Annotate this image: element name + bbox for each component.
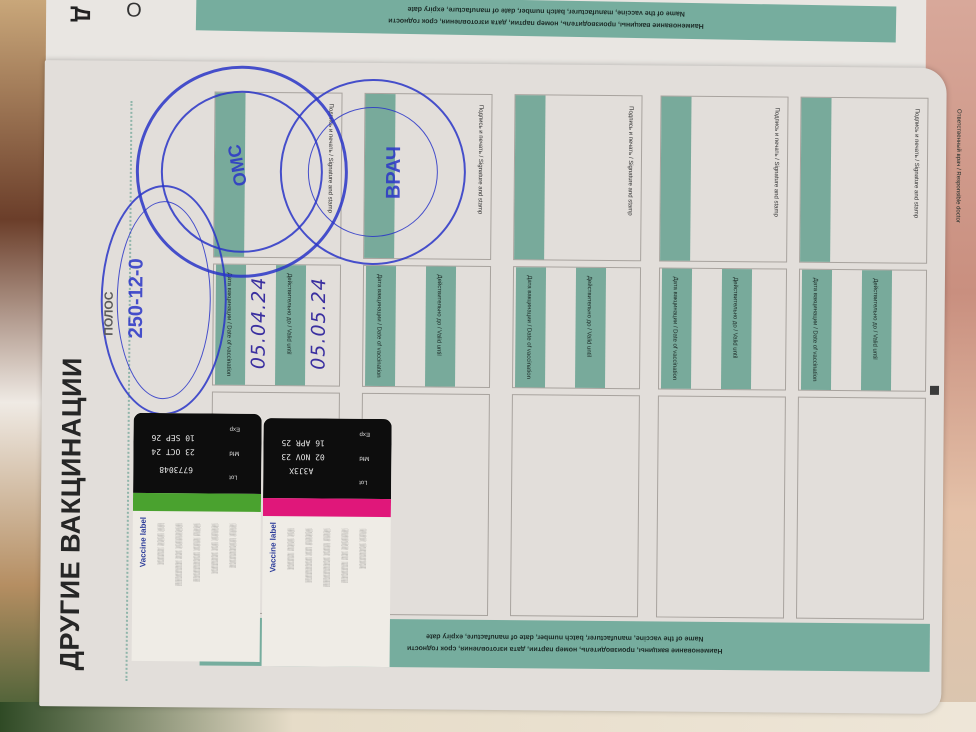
oval-stamp-subtext: ПОЛОС (101, 292, 115, 336)
vaccination-column: Ответственный врач / Responsible doctor … (656, 95, 791, 616)
header-band: Наименование вакцины, производитель, ном… (196, 0, 897, 43)
dates-cell: Дата вакцинации / Date of vaccination Де… (362, 265, 491, 388)
signature-label: Подпись и печать / Signature and stamp (772, 107, 779, 216)
valid-until-tab: Действительно до / Valid until (275, 265, 306, 385)
handwritten-vaccination-date: 05.04.24 (247, 277, 270, 370)
sticker-1-batch-panel: Exp Mfd Lot 10 SEP 26 23 OCT 24 6773048 (133, 413, 262, 494)
dates-cell: Дата вакцинации / Date of vaccination Де… (798, 269, 927, 392)
vaccination-column: Ответственный врач / Responsible doctor … (510, 94, 645, 615)
dates-cell: Дата вакцинации / Date of vaccination Де… (658, 267, 787, 390)
signature-label: Подпись и печать / Signature and stamp (627, 106, 634, 215)
date-vaccination-tab: Дата вакцинации / Date of vaccination (661, 268, 692, 388)
doctor-tab-label: Ответственный врач / Responsible doctor (811, 108, 961, 125)
oval-date-stamp: 250-12-0 ПОЛОС (100, 185, 228, 416)
doctor-signature-cell: Ответственный врач / Responsible doctor … (513, 94, 642, 261)
valid-until-tab: Действительно до / Valid until (861, 270, 892, 390)
vaccine-sticker-1: Exp Mfd Lot 10 SEP 26 23 OCT 24 6773048 … (132, 413, 262, 662)
handwritten-valid-until-date: 05.05.24 (307, 277, 330, 370)
doctor-tab: Ответственный врач / Responsible doctor (514, 95, 545, 259)
valid-until-tab: Действительно до / Valid until (425, 266, 456, 386)
doctor-stamp-text: ВРАЧ (383, 146, 406, 199)
sticker-2-color-stripe (263, 498, 391, 517)
date-vaccination-tab: Дата вакцинации / Date of vaccination (365, 266, 396, 386)
vaccine-sticker-cell (510, 394, 640, 617)
certificate-page: ДРУГИЕ ВАКЦИНАЦИИ Ответственный врач / R… (39, 60, 947, 714)
vaccine-sticker-cell (656, 395, 786, 618)
date-vaccination-tab: Дата вакцинации / Date of vaccination (515, 267, 546, 387)
sticker-2-batch-panel: Exp Mfd Lot 16 APR 25 02 NOV 23 A3J3X (263, 418, 392, 499)
vaccine-sticker-2: Exp Mfd Lot 16 APR 25 02 NOV 23 A3J3X Va… (262, 418, 392, 667)
date-vaccination-tab: Дата вакцинации / Date of vaccination (801, 270, 832, 390)
doctor-tab: Ответственный врач / Responsible doctor (800, 98, 831, 262)
doctor-tab-label: Ответственный врач / Responsible doctor (671, 107, 821, 124)
previous-page-circle-fragment: О (126, 0, 142, 23)
oval-stamp-number: 250-12-0 (125, 258, 149, 338)
vaccine-sticker-cell (796, 397, 926, 620)
sticker-1-color-stripe (133, 493, 261, 512)
doctor-tab: Ответственный врач / Responsible doctor (660, 96, 691, 260)
dates-cell: Дата вакцинации / Date of vaccination Де… (512, 266, 641, 389)
valid-until-tab: Действительно до / Valid until (575, 268, 606, 388)
page-corner-mark (930, 386, 939, 395)
sticker-2-brand: Vaccine label (268, 522, 277, 572)
header-band-text: Наименование вакцины, производитель, ном… (216, 0, 876, 34)
vaccination-column: Ответственный врач / Responsible doctor … (796, 97, 931, 618)
sticker-1-brand: Vaccine label (138, 517, 147, 567)
signature-label: Подпись и печать / Signature and stamp (477, 105, 484, 214)
doctor-tab-label: Ответственный врач / Responsible doctor (525, 105, 675, 122)
previous-page-title-fragment: Д (69, 6, 95, 22)
doctor-round-stamp: ВРАЧ (279, 78, 467, 266)
doctor-signature-cell: Ответственный врач / Responsible doctor … (799, 97, 928, 264)
signature-label: Подпись и печать / Signature and stamp (912, 109, 919, 218)
valid-until-tab: Действительно до / Valid until (721, 269, 752, 389)
page-title: ДРУГИЕ ВАКЦИНАЦИИ (55, 210, 99, 670)
doctor-signature-cell: Ответственный врач / Responsible doctor … (659, 95, 788, 262)
